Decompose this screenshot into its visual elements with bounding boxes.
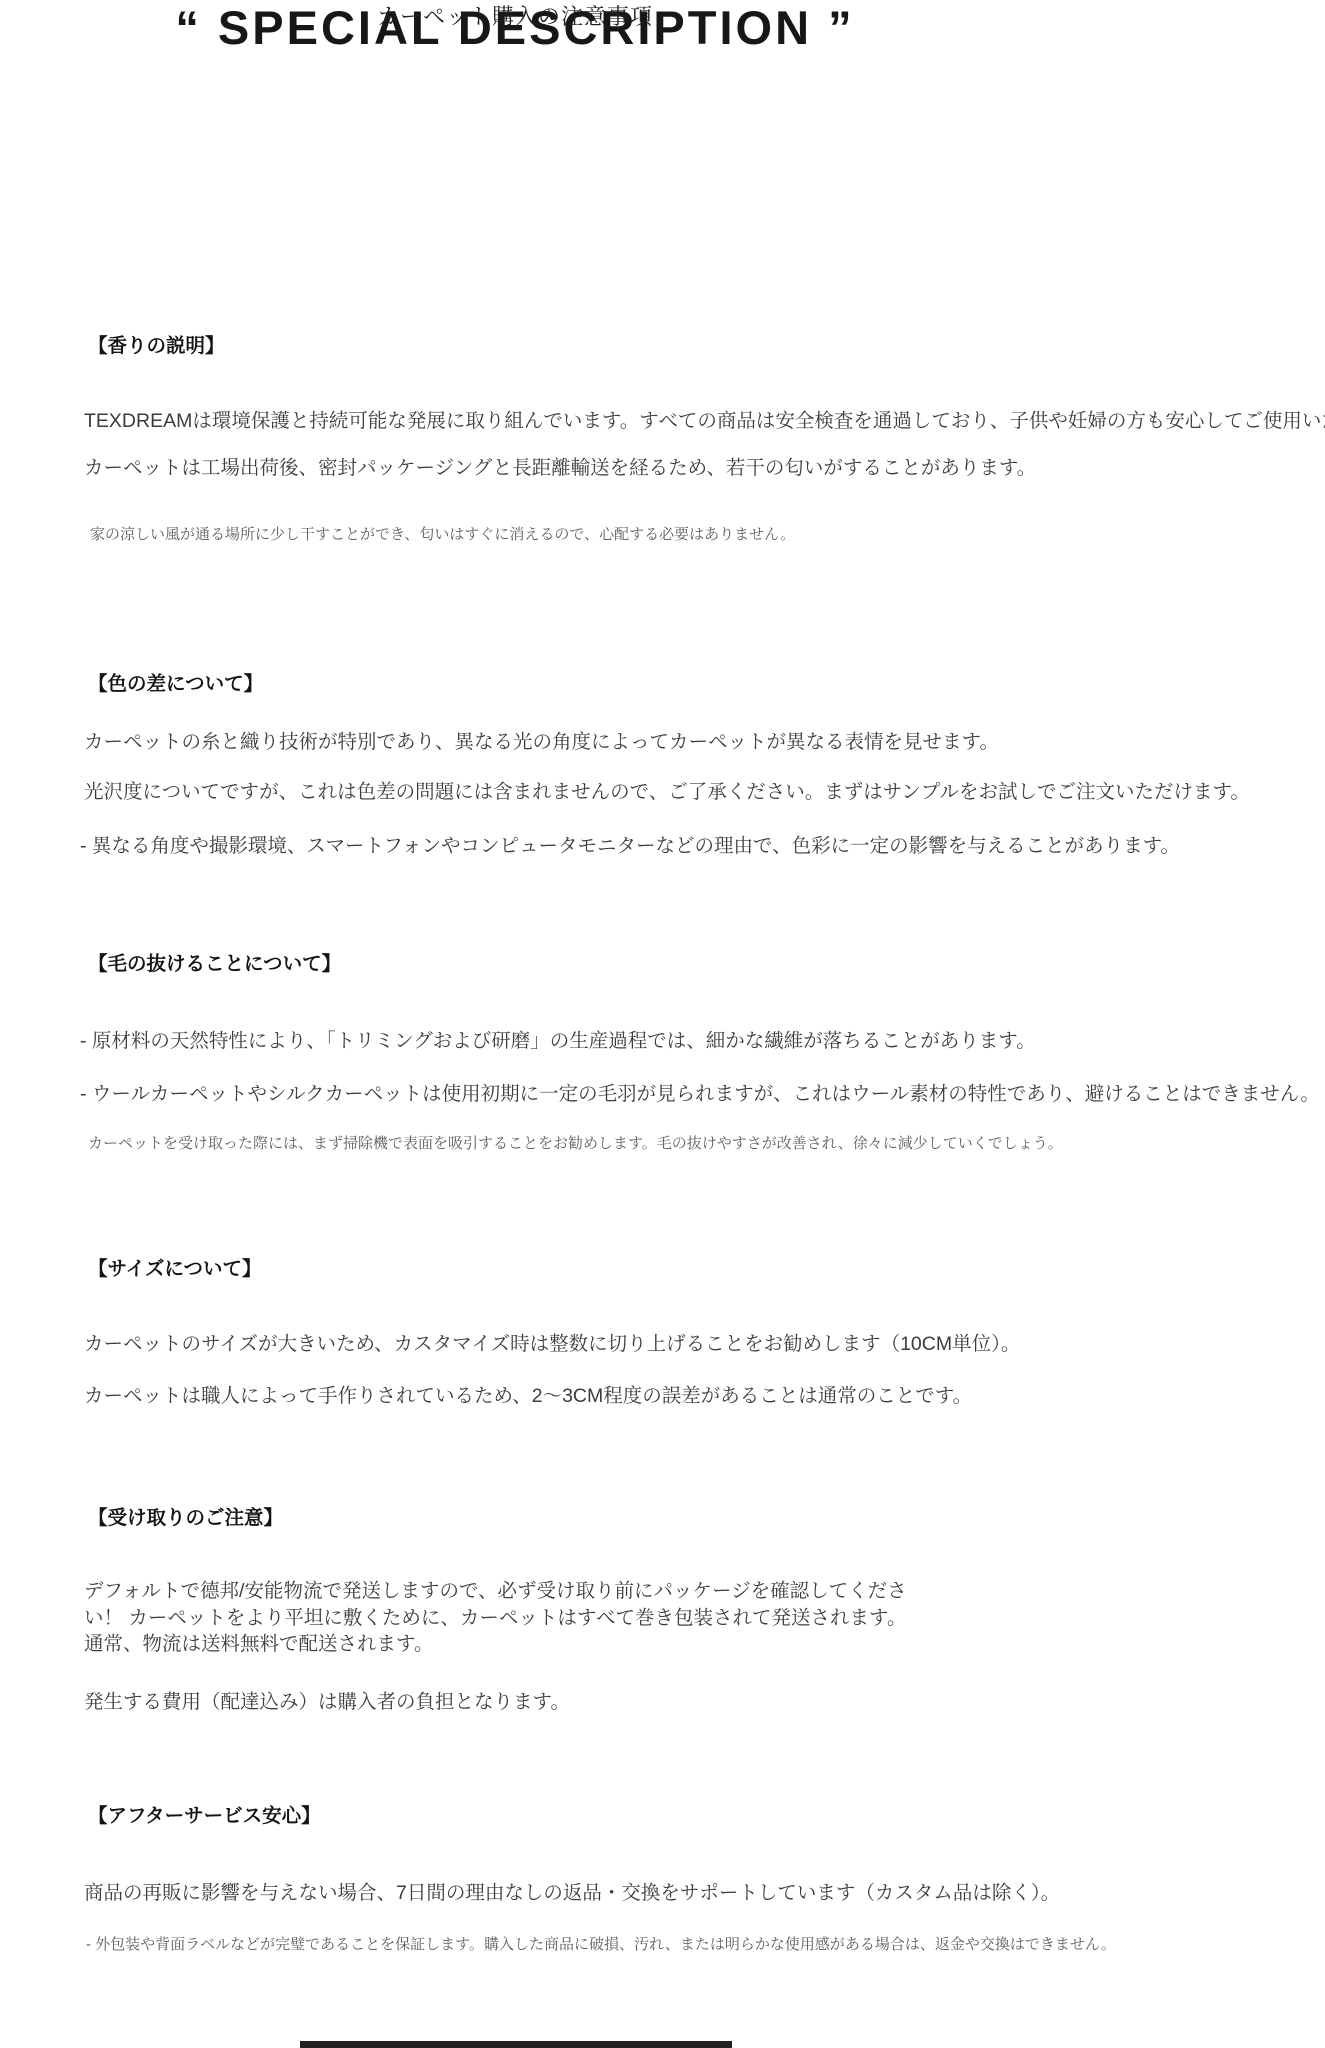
section-heading-shedding: 【毛の抜けることについて】 xyxy=(88,948,341,976)
paragraph-note: 家の涼しい風が通る場所に少し干すことができ、匂いはすぐに消えるので、心配する必要… xyxy=(90,523,795,544)
next-section-divider xyxy=(300,2041,732,2048)
wrapped-paragraph: デフォルトで德邦/安能物流で発送しますので、必ず受け取り前にパッケージを確認して… xyxy=(84,1578,907,1658)
paragraph-note: カーペットを受け取った際には、まず掃除機で表面を吸引することをお勧めします。毛の… xyxy=(88,1132,1063,1153)
paragraph: - 異なる角度や撮影環境、スマートフォンやコンピュータモニターなどの理由で、色彩… xyxy=(80,830,1180,858)
section-heading-receiving: 【受け取りのご注意】 xyxy=(88,1502,283,1530)
paragraph-line: い！ カーペットをより平坦に敷くために、カーペットはすべて巻き包装されて発送され… xyxy=(84,1605,907,1632)
section-heading-after-service: 【アフターサービス安心】 xyxy=(88,1800,321,1828)
paragraph: カーペットのサイズが大きいため、カスタマイズ時は整数に切り上げることをお勧めしま… xyxy=(84,1328,1020,1356)
paragraph-line: デフォルトで德邦/安能物流で発送しますので、必ず受け取り前にパッケージを確認して… xyxy=(84,1578,907,1605)
paragraph: 商品の再販に影響を与えない場合、7日間の理由なしの返品・交換をサポートしています… xyxy=(84,1877,1060,1905)
paragraph-line: 通常、物流は送料無料で配送されます。 xyxy=(84,1631,907,1658)
paragraph: TEXDREAMは環境保護と持続可能な発展に取り組んでいます。すべての商品は安全… xyxy=(84,405,1325,433)
paragraph: 発生する費用（配達込み）は購入者の負担となります。 xyxy=(84,1686,570,1714)
paragraph: - ウールカーペットやシルクカーペットは使用初期に一定の毛羽が見られますが、これ… xyxy=(80,1078,1320,1106)
paragraph: カーペットの糸と織り技術が特別であり、異なる光の角度によってカーペットが異なる表… xyxy=(84,726,999,754)
paragraph: カーペットは工場出荷後、密封パッケージングと長距離輸送を経るため、若干の匂いがす… xyxy=(84,452,1036,480)
paragraph: - 原材料の天然特性により、「トリミングおよび研磨」の生産過程では、細かな繊維が… xyxy=(80,1025,1036,1053)
paragraph: カーペットは職人によって手作りされているため、2〜3CM程度の誤差があることは通… xyxy=(84,1380,972,1408)
section-heading-size: 【サイズについて】 xyxy=(88,1253,262,1281)
paragraph: 光沢度についてですが、これは色差の問題には含まれませんので、ご了承ください。まず… xyxy=(84,776,1250,804)
page-subtitle: カーペット購入の注意事項 xyxy=(0,0,1030,31)
section-heading-scent: 【香りの説明】 xyxy=(88,330,225,358)
paragraph-note: - 外包装や背面ラベルなどが完璧であることを保証します。購入した商品に破損、汚れ… xyxy=(86,1933,1116,1954)
product-description-page: “ SPECIAL DESCRIPTION ” カーペット購入の注意事項 【香り… xyxy=(0,0,1325,2048)
section-heading-color-difference: 【色の差について】 xyxy=(88,668,263,696)
